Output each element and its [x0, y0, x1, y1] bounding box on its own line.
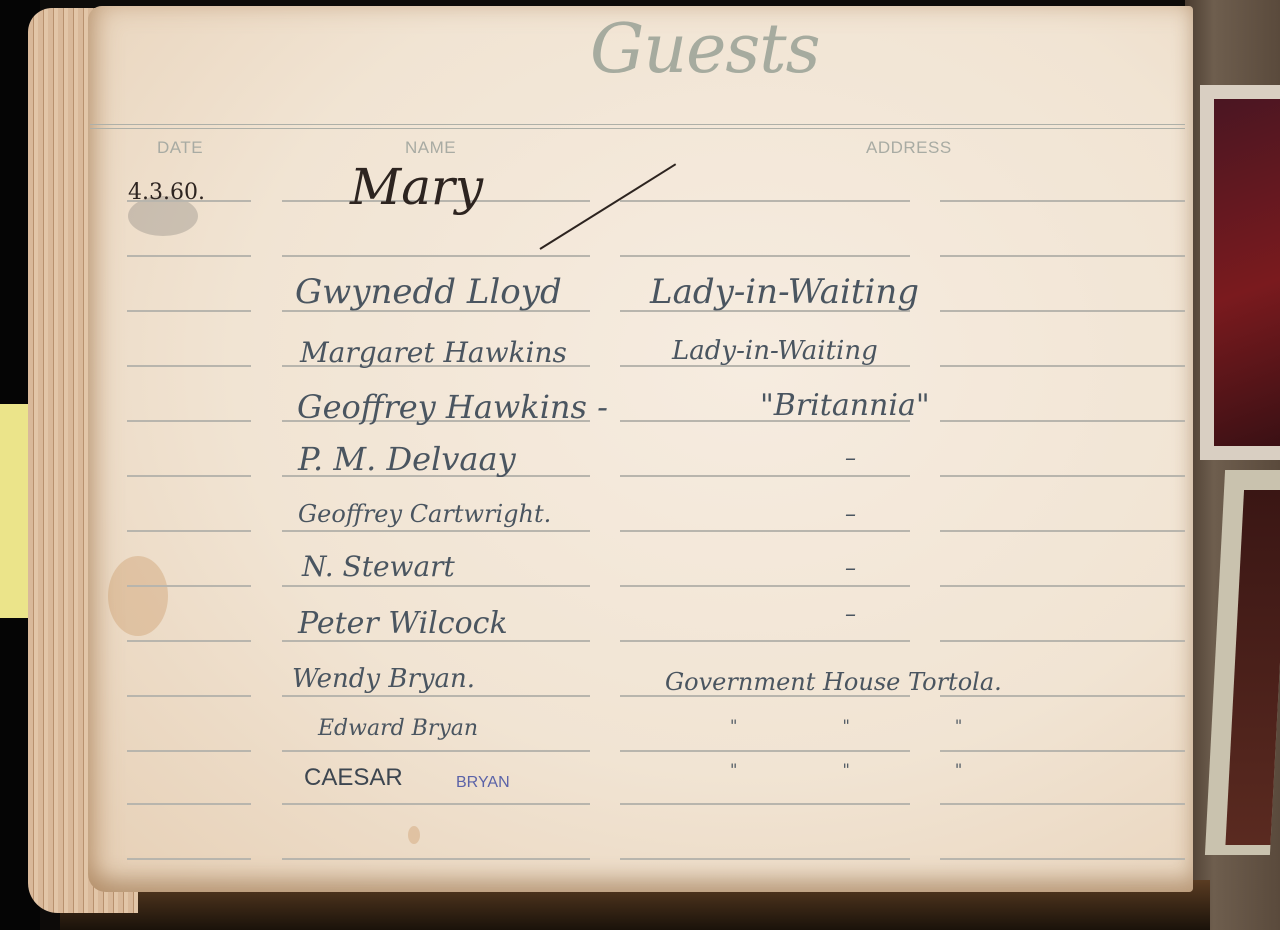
ruled-line: [620, 750, 910, 752]
entry-address: " " ": [730, 760, 962, 779]
ruled-line: [127, 750, 251, 752]
photo-upper: [1200, 85, 1280, 460]
ruled-line: [127, 803, 251, 805]
ruled-line: [282, 585, 590, 587]
entry-name: Mary: [350, 158, 483, 216]
entry-name: P. M. Delvaay: [298, 440, 516, 478]
ruled-line: [127, 475, 251, 477]
guest-book-page: [88, 6, 1193, 892]
ruled-line: [940, 365, 1185, 367]
entry-address: Government House Tortola.: [665, 668, 1002, 696]
ruled-line: [620, 585, 910, 587]
ruled-line: [620, 858, 910, 860]
entry-name: Peter Wilcock: [298, 606, 508, 641]
entry-name: N. Stewart: [302, 550, 455, 583]
ruled-line: [940, 200, 1185, 202]
entry-address: Lady-in-Waiting: [672, 336, 878, 366]
ruled-line: [940, 475, 1185, 477]
entry-name: Gwynedd Lloyd: [295, 272, 562, 312]
ruled-line: [127, 310, 251, 312]
ruled-line: [940, 310, 1185, 312]
column-header-address: ADDRESS: [866, 138, 952, 158]
entry-name: Edward Bryan: [318, 716, 478, 741]
ruled-line: [282, 255, 590, 257]
header-rule: [90, 128, 1185, 129]
entry-address: "Britannia": [760, 388, 930, 423]
entry-name: Geoffrey Cartwright.: [298, 500, 551, 528]
ruled-line: [620, 475, 910, 477]
ruled-line: [127, 640, 251, 642]
entry-name: Wendy Bryan.: [292, 664, 475, 694]
ruled-line: [282, 858, 590, 860]
entry-name-suffix: BRYAN: [456, 774, 510, 792]
ruled-line: [620, 200, 910, 202]
ruled-line: [282, 530, 590, 532]
ruled-line: [282, 803, 590, 805]
ruled-line: [620, 530, 910, 532]
header-rule: [90, 124, 1185, 125]
entry-address: Lady-in-Waiting: [650, 272, 919, 312]
column-header-name: NAME: [405, 138, 456, 158]
ruled-line: [940, 585, 1185, 587]
ruled-line: [620, 803, 910, 805]
ruled-line: [940, 858, 1185, 860]
ruled-line: [127, 695, 251, 697]
ruled-line: [127, 585, 251, 587]
ruled-line: [620, 255, 910, 257]
ruled-line: [620, 640, 910, 642]
ruled-line: [127, 420, 251, 422]
entry-address: –: [845, 556, 856, 581]
ruled-line: [940, 530, 1185, 532]
entry-name: Margaret Hawkins: [300, 336, 567, 369]
ruled-line: [282, 750, 590, 752]
ruled-line: [940, 255, 1185, 257]
ruled-line: [127, 255, 251, 257]
ruled-line: [127, 365, 251, 367]
entry-address: " " ": [730, 716, 962, 735]
stain: [108, 556, 168, 636]
ruled-line: [127, 530, 251, 532]
ruled-line: [940, 803, 1185, 805]
page-title: Guests: [590, 10, 819, 89]
column-header-date: DATE: [157, 138, 203, 158]
entry-name: CAESAR: [304, 764, 403, 792]
entry-name: Geoffrey Hawkins -: [297, 388, 608, 426]
entry-address: –: [845, 602, 856, 627]
ruled-line: [940, 750, 1185, 752]
ruled-line: [940, 640, 1185, 642]
ruled-line: [282, 695, 590, 697]
ruled-line: [127, 858, 251, 860]
entry-date: 4.3.60.: [128, 180, 205, 205]
stain: [408, 826, 420, 844]
ruled-line: [940, 420, 1185, 422]
entry-address: –: [845, 502, 856, 527]
entry-address: –: [845, 446, 856, 471]
